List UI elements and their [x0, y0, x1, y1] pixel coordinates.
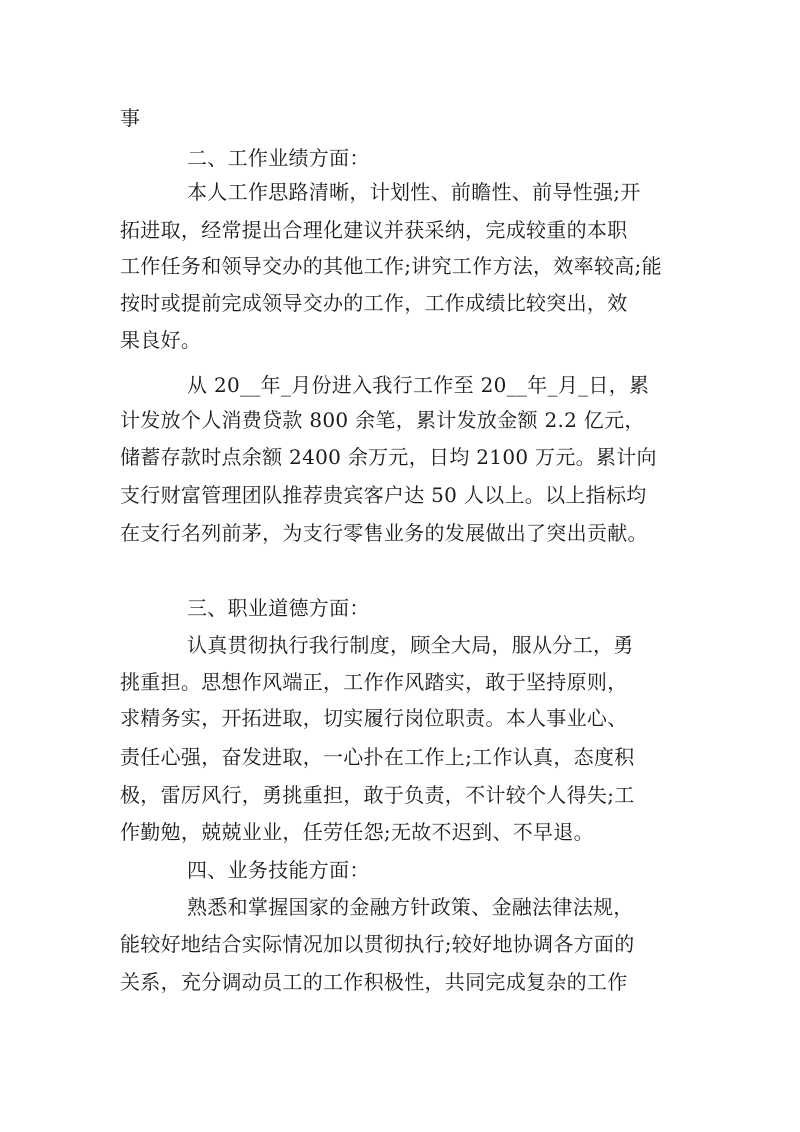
text-line: 储蓄存款时点余额 2400 余万元，日均 2100 万元。累计向	[120, 445, 657, 469]
text-line: 认真贯彻执行我行制度，顾全大局，服从分工，勇	[187, 633, 634, 657]
text-line: 关系，充分调动员工的工作积极性，共同完成复杂的工作	[120, 970, 628, 994]
text-line: 拓进取，经常提出合理化建议并获采纳，完成较重的本职	[120, 218, 628, 242]
text-line: 从 20__年_月份进入我行工作至 20__年_月_日，累	[187, 373, 649, 397]
text-line: 作勤勉，兢兢业业，任劳任怨;无故不迟到、不早退。	[120, 820, 594, 844]
text-line: 三、职业道德方面：	[187, 596, 370, 620]
text-line: 在支行名列前茅，为支行零售业务的发展做出了突出贡献。	[120, 521, 648, 545]
text-line: 本人工作思路清晰，计划性、前瞻性、前导性强;开	[187, 180, 641, 204]
text-line: 四、业务技能方面：	[187, 858, 370, 882]
text-line: 能较好地结合实际情况加以贯彻执行;较好地协调各方面的	[120, 932, 635, 956]
text-line: 责任心强，奋发进取，一心扑在工作上;工作认真，态度积	[120, 745, 635, 769]
text-line: 事	[120, 106, 140, 130]
text-line: 支行财富管理团队推荐贵宾客户达 50 人以上。以上指标均	[120, 483, 647, 507]
text-line: 果良好。	[120, 328, 201, 352]
text-line: 工作任务和领导交办的其他工作;讲究工作方法，效率较高;能	[120, 254, 662, 278]
text-line: 计发放个人消费贷款 800 余笔，累计发放金额 2.2 亿元，	[120, 408, 645, 432]
text-line: 极，雷厉风行，勇挑重担，敢于负责，不计较个人得失;工	[120, 783, 635, 807]
text-line: 二、工作业绩方面：	[187, 146, 370, 170]
text-line: 按时或提前完成领导交办的工作，工作成绩比较突出，效	[120, 291, 628, 315]
text-line: 挑重担。思想作风端正，工作作风踏实，敢于坚持原则，	[120, 670, 628, 694]
text-line: 求精务实，开拓进取，切实履行岗位职责。本人事业心、	[120, 706, 628, 730]
text-line: 熟悉和掌握国家的金融方针政策、金融法律法规，	[187, 895, 634, 919]
